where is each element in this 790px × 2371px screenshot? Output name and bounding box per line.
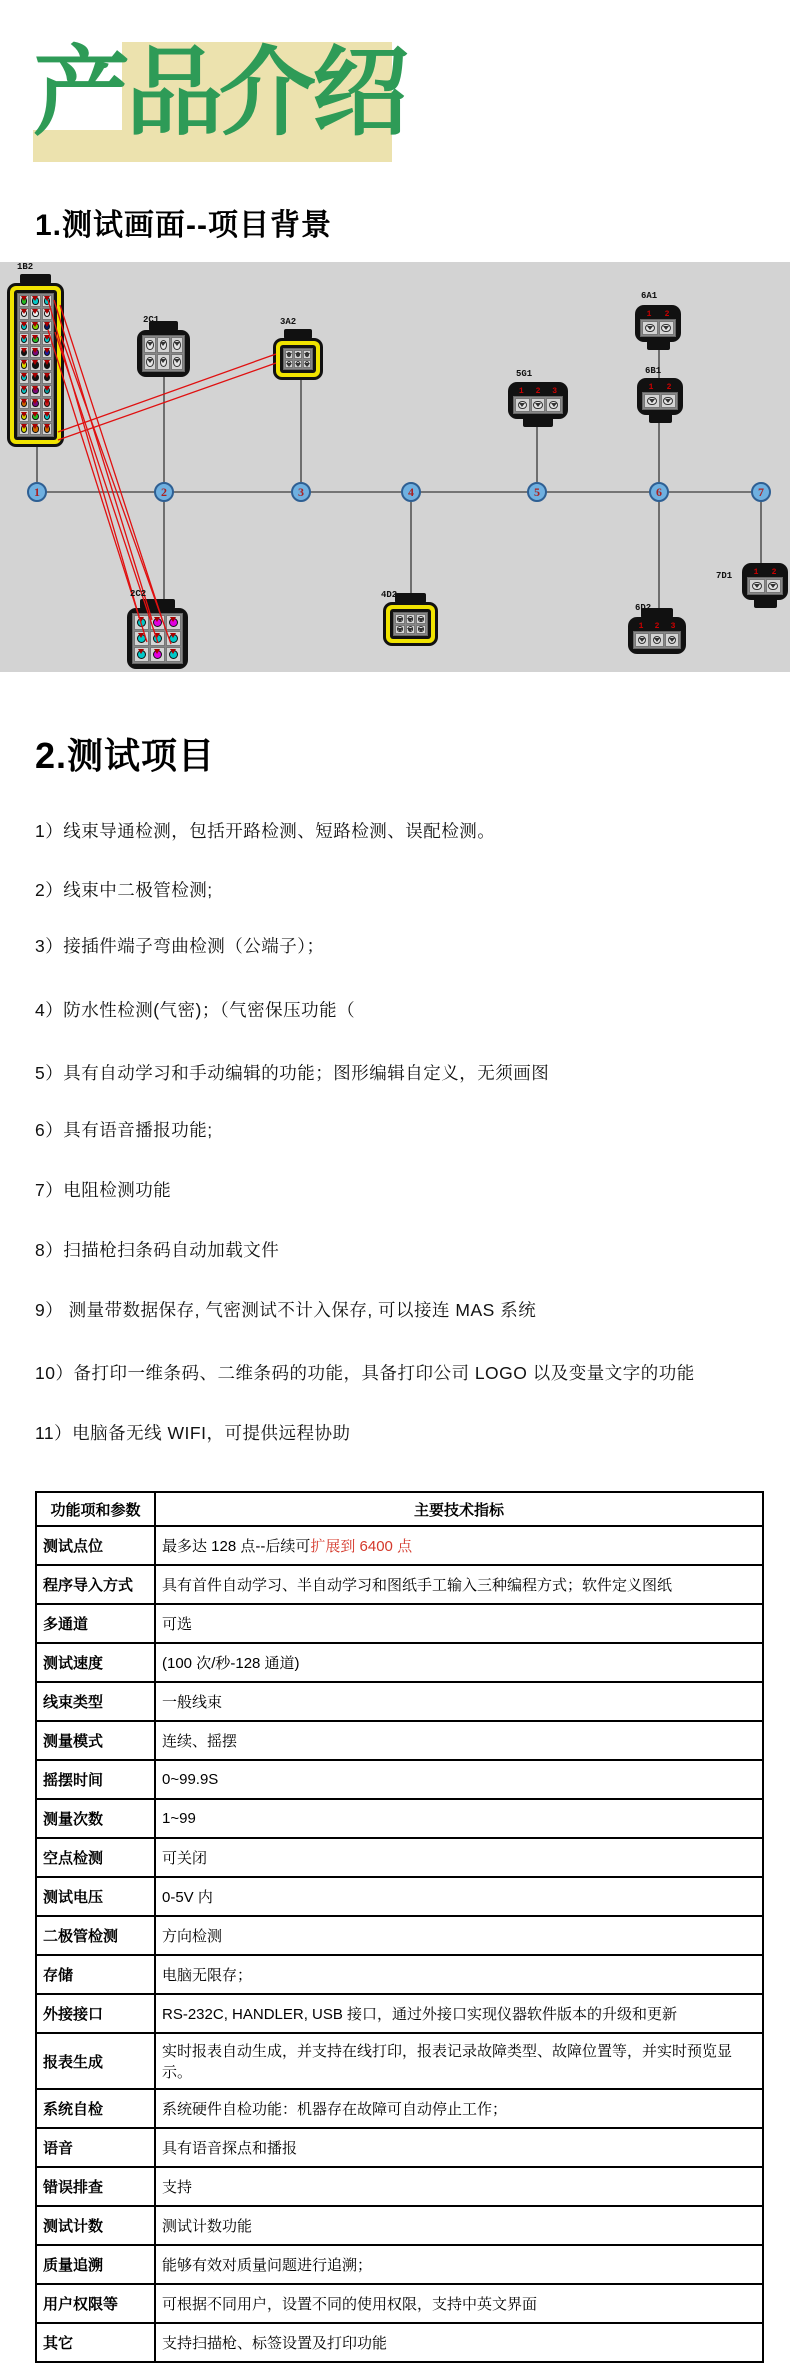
spec-label: 摇摆时间: [36, 1760, 155, 1799]
pin: [32, 413, 38, 420]
pin: [44, 361, 50, 368]
pin-cell: [19, 295, 29, 307]
connector-6B1: 126B1: [637, 378, 683, 415]
spec-row: 语音具有语音探点和播报: [36, 2128, 763, 2167]
pin: [137, 634, 147, 644]
pin: [173, 357, 181, 367]
spec-label: 测试电压: [36, 1877, 155, 1916]
connector-body: 12: [742, 563, 788, 600]
pin-cell: [294, 350, 302, 359]
pin-cell: [30, 346, 40, 358]
connector-1B2: 1B2: [7, 283, 64, 447]
spec-label: 错误排查: [36, 2167, 155, 2206]
connector-label: 4D2: [381, 590, 397, 600]
pin-cell: [19, 385, 29, 397]
connector-core: [140, 333, 187, 374]
spec-value: 连续、摇摆: [155, 1721, 763, 1760]
pin-number: 3: [552, 387, 557, 396]
spec-row: 测试计数测试计数功能: [36, 2206, 763, 2245]
spec-label: 质量追溯: [36, 2245, 155, 2284]
spec-row: 测量模式连续、摇摆: [36, 1721, 763, 1760]
spec-row: 多通道可选: [36, 1604, 763, 1643]
connector-body: [127, 608, 188, 669]
pin: [408, 626, 414, 632]
spec-value: 支持扫描枪、标签设置及打印功能: [155, 2323, 763, 2362]
pin-cell: [406, 625, 416, 635]
pin: [44, 297, 50, 304]
pin: [137, 650, 147, 660]
spec-value: 0-5V 内: [155, 1877, 763, 1916]
pin-cell: [157, 337, 169, 353]
spec-row: 程序导入方式具有首件自动学习、半自动学习和图纸手工输入三种编程方式；软件定义图纸: [36, 1565, 763, 1604]
pin-cell: [659, 321, 675, 335]
pin: [32, 297, 38, 304]
pin-cell: [285, 360, 293, 369]
pin: [137, 618, 147, 628]
connector-core: 123: [511, 385, 565, 416]
pin-number: 2: [667, 383, 672, 392]
pin-cell: [303, 350, 311, 359]
feature-item: 7）电阻检测功能: [35, 1177, 171, 1202]
feature-item: 3）接插件端子弯曲检测（公端子）；: [35, 933, 324, 958]
spec-value: 方向检测: [155, 1916, 763, 1955]
pin-cell: [30, 308, 40, 320]
pin-cell: [42, 333, 52, 345]
pin-cell: [166, 647, 181, 662]
spec-row: 测量次数1~99: [36, 1799, 763, 1838]
pin-cell: [42, 385, 52, 397]
spec-label: 测量次数: [36, 1799, 155, 1838]
feature-item: 9） 测量带数据保存, 气密测试不计入保存, 可以接连 MAS 系统: [35, 1297, 536, 1322]
spec-row: 用户权限等可根据不同用户，设置不同的使用权限，支持中英文界面: [36, 2284, 763, 2323]
spec-value: 支持: [155, 2167, 763, 2206]
pin-cell: [30, 398, 40, 410]
spec-row: 报表生成实时报表自动生成，并支持在线打印，报表记录故障类型、故障位置等，并实时预…: [36, 2033, 763, 2089]
connector-label: 7D1: [716, 571, 732, 581]
pin-cell: [134, 615, 149, 630]
spec-label: 外接接口: [36, 1994, 155, 2033]
pin: [44, 413, 50, 420]
connector-core: [14, 290, 57, 440]
pin: [44, 400, 50, 407]
pin-number: 2: [655, 622, 660, 631]
pin: [21, 297, 27, 304]
spec-label: 测试计数: [36, 2206, 155, 2245]
pin-cell: [150, 631, 165, 646]
spec-value-text: 0-5V 内: [162, 1889, 213, 1906]
pin-cell: [19, 423, 29, 435]
pin-cell: [144, 337, 156, 353]
pin: [647, 397, 657, 406]
pin-number: 1: [639, 622, 644, 631]
spec-label: 语音: [36, 2128, 155, 2167]
spec-label: 程序导入方式: [36, 1565, 155, 1604]
connector-3A2: 3A2: [273, 338, 323, 380]
pin: [418, 616, 424, 622]
pin: [305, 361, 309, 366]
pin-cell: [30, 333, 40, 345]
connector-core: 12: [640, 381, 680, 412]
pin-cell: [150, 615, 165, 630]
pin: [768, 582, 778, 591]
spec-header-row: 功能项和参数 主要技术指标: [36, 1492, 763, 1526]
pin-grid: [393, 612, 428, 636]
pin: [21, 336, 27, 343]
connector-label: 2C2: [130, 589, 146, 599]
connector-7D1: 127D1: [742, 563, 788, 600]
spec-header-value: 主要技术指标: [155, 1492, 763, 1526]
spec-label: 空点检测: [36, 1838, 155, 1877]
pin-cell: [19, 398, 29, 410]
spec-row: 测试电压0-5V 内: [36, 1877, 763, 1916]
connector-label: 2C1: [143, 315, 159, 325]
connector-body: 12: [635, 305, 681, 342]
spec-value-text: 连续、摇摆: [162, 1733, 237, 1750]
pin-cell: [294, 360, 302, 369]
connector-yellow-ring: [10, 286, 61, 444]
pin-numbers: 123: [513, 387, 563, 396]
pin: [21, 374, 27, 381]
pin: [32, 349, 38, 356]
connector-yellow-ring: [276, 341, 320, 377]
section2-heading: 2.测试项目: [35, 728, 215, 779]
spec-value-text: 1~99: [162, 1810, 196, 1827]
spec-value-text: 可选: [162, 1616, 192, 1633]
feature-item: 6）具有语音播报功能;: [35, 1117, 213, 1142]
spec-value: 最多达 128 点--后续可扩展到 6400 点: [155, 1526, 763, 1565]
pin-grid: [642, 392, 678, 410]
pin-grid: [142, 335, 185, 372]
pin: [296, 361, 300, 366]
pin: [668, 636, 677, 645]
pin: [21, 400, 27, 407]
pin: [397, 626, 403, 632]
spec-value-text: 0~99.9S: [162, 1771, 218, 1788]
pin: [153, 618, 163, 628]
pin-grid: [640, 319, 676, 337]
pin-cell: [171, 354, 183, 370]
spec-value: 一般线束: [155, 1682, 763, 1721]
pin: [169, 650, 179, 660]
spec-row: 系统自检系统硬件自检功能：机器存在故障可自动停止工作；: [36, 2089, 763, 2128]
pin-number: 2: [772, 568, 777, 577]
connector-label: 6B1: [645, 366, 661, 376]
pin-cell: [42, 372, 52, 384]
connector-5G1: 1235G1: [508, 382, 568, 419]
bus-node-2: 2: [154, 482, 174, 502]
spec-row: 错误排查支持: [36, 2167, 763, 2206]
pin-number: 2: [665, 310, 670, 319]
spec-value-text: 具有语音探点和播报: [162, 2140, 297, 2157]
pin-cell: [766, 579, 782, 593]
spec-row: 外接接口RS-232C, HANDLER, USB 接口，通过外接口实现仪器软件…: [36, 1994, 763, 2033]
pin: [21, 310, 27, 317]
connector-label: 5G1: [516, 369, 532, 379]
pin: [146, 340, 154, 350]
pin-cell: [19, 308, 29, 320]
pin-cell: [395, 614, 405, 624]
pin: [638, 636, 647, 645]
pin: [32, 387, 38, 394]
pin-cell: [19, 372, 29, 384]
pin-number: 1: [649, 383, 654, 392]
pin: [287, 361, 291, 366]
pin-numbers: 12: [747, 568, 783, 577]
connector-core: [130, 611, 185, 666]
pin: [549, 401, 558, 410]
connector-yellow-ring: [386, 605, 435, 643]
pin: [32, 310, 38, 317]
pin-numbers: 12: [640, 310, 676, 319]
spec-value-text: 扩展到 6400 点: [310, 1538, 412, 1555]
connector-body: 123: [628, 617, 686, 654]
pin-cell: [134, 631, 149, 646]
pin-cell: [406, 614, 416, 624]
spec-value: RS-232C, HANDLER, USB 接口，通过外接口实现仪器软件版本的升…: [155, 1994, 763, 2033]
spec-label: 存储: [36, 1955, 155, 1994]
spec-row: 线束类型一般线束: [36, 1682, 763, 1721]
spec-value: 1~99: [155, 1799, 763, 1838]
pin-cell: [42, 398, 52, 410]
spec-row: 存储电脑无限存；: [36, 1955, 763, 1994]
pin-cell: [157, 354, 169, 370]
spec-label: 测试速度: [36, 1643, 155, 1682]
section1-heading: 1.测试画面--项目背景: [35, 200, 332, 244]
harness-diagram: 1B22C13A21235G1126A1126B1127D11236D24D22…: [0, 262, 790, 672]
pin: [663, 397, 673, 406]
spec-value-text: 可关闭: [162, 1850, 207, 1867]
pin-numbers: 123: [633, 622, 681, 631]
pin: [44, 310, 50, 317]
pin: [44, 425, 50, 432]
pin-cell: [30, 385, 40, 397]
spec-value: 系统硬件自检功能：机器存在故障可自动停止工作；: [155, 2089, 763, 2128]
pin-number: 1: [647, 310, 652, 319]
pin: [32, 361, 38, 368]
spec-label: 系统自检: [36, 2089, 155, 2128]
bus-node-6: 6: [649, 482, 669, 502]
connector-core: [280, 345, 316, 373]
pin-cell: [650, 633, 664, 647]
spec-header-label: 功能项和参数: [36, 1492, 155, 1526]
connector-4D2: 4D2: [383, 602, 438, 646]
pin: [153, 650, 163, 660]
spec-label: 测试点位: [36, 1526, 155, 1565]
connector-body: [273, 338, 323, 380]
pin-cell: [30, 410, 40, 422]
bus-node-7: 7: [751, 482, 771, 502]
pin: [661, 324, 671, 333]
feature-item: 5）具有自动学习和手动编辑的功能；图形编辑自定义，无须画图: [35, 1060, 549, 1085]
spec-value: 具有语音探点和播报: [155, 2128, 763, 2167]
spec-value: 0~99.9S: [155, 1760, 763, 1799]
pin-cell: [531, 398, 546, 412]
connector-body: [137, 330, 190, 377]
pin: [173, 340, 181, 350]
spec-value-text: 能够有效对质量问题进行追溯；: [162, 2257, 372, 2274]
spec-value: 实时报表自动生成，并支持在线打印，报表记录故障类型、故障位置等，并实时预览显示。: [155, 2033, 763, 2089]
pin-cell: [19, 333, 29, 345]
pin-number: 1: [519, 387, 524, 396]
pin: [44, 387, 50, 394]
pin: [21, 361, 27, 368]
pin-cell: [395, 625, 405, 635]
spec-row: 空点检测可关闭: [36, 1838, 763, 1877]
spec-value-text: (100 次/秒-128 通道): [162, 1655, 300, 1672]
pin: [32, 400, 38, 407]
spec-label: 测量模式: [36, 1721, 155, 1760]
pin-cell: [515, 398, 530, 412]
pin-cell: [19, 321, 29, 333]
pin-cell: [134, 647, 149, 662]
pin: [21, 349, 27, 356]
page-title: 产品介绍: [33, 44, 405, 141]
pin-cell: [30, 423, 40, 435]
spec-value: 具有首件自动学习、半自动学习和图纸手工输入三种编程方式；软件定义图纸: [155, 1565, 763, 1604]
pin: [44, 323, 50, 330]
spec-label: 其它: [36, 2323, 155, 2362]
pin: [21, 387, 27, 394]
pin: [160, 340, 168, 350]
pin: [296, 352, 300, 357]
pin-cell: [42, 308, 52, 320]
connector-core: [390, 609, 431, 639]
spec-row: 质量追溯能够有效对质量问题进行追溯；: [36, 2245, 763, 2284]
pin: [397, 616, 403, 622]
spec-value: 能够有效对质量问题进行追溯；: [155, 2245, 763, 2284]
pin: [752, 582, 762, 591]
connector-core: 123: [631, 620, 683, 651]
pin: [653, 636, 662, 645]
pin-number: 3: [671, 622, 676, 631]
spec-value-text: 实时报表自动生成，并支持在线打印，报表记录故障类型、故障位置等，并实时预览显示。: [162, 2043, 732, 2081]
pin: [418, 626, 424, 632]
feature-item: 1）线束导通检测，包括开路检测、短路检测、误配检测。: [35, 818, 495, 843]
pin-grid: [283, 348, 313, 370]
pin-cell: [665, 633, 679, 647]
pin: [645, 324, 655, 333]
spec-value: 测试计数功能: [155, 2206, 763, 2245]
spec-value-text: 具有首件自动学习、半自动学习和图纸手工输入三种编程方式；软件定义图纸: [162, 1577, 672, 1594]
connector-core: 12: [638, 308, 678, 339]
pin-cell: [42, 410, 52, 422]
feature-item: 4）防水性检测(气密)；（气密保压功能（: [35, 997, 355, 1022]
pin: [21, 425, 27, 432]
pin-cell: [303, 360, 311, 369]
pin-cell: [635, 633, 649, 647]
spec-label: 二极管检测: [36, 1916, 155, 1955]
spec-value-text: 电脑无限存；: [162, 1967, 252, 1984]
connector-label: 1B2: [17, 262, 33, 272]
pin: [32, 323, 38, 330]
pin-cell: [171, 337, 183, 353]
spec-value: 可关闭: [155, 1838, 763, 1877]
pin-cell: [661, 394, 677, 408]
bus-node-3: 3: [291, 482, 311, 502]
spec-label: 报表生成: [36, 2033, 155, 2089]
pin: [21, 323, 27, 330]
product-intro-page: 产品介绍 1.测试画面--项目背景 1B22C13A21235G1126A112…: [0, 0, 790, 2371]
connector-body: 123: [508, 382, 568, 419]
pin: [533, 401, 542, 410]
pin-number: 2: [536, 387, 541, 396]
pin-grid: [132, 613, 183, 664]
pin-cell: [42, 295, 52, 307]
connector-label: 6A1: [641, 291, 657, 301]
connector-2C1: 2C1: [137, 330, 190, 377]
spec-label: 多通道: [36, 1604, 155, 1643]
connector-body: [383, 602, 438, 646]
connector-body: [7, 283, 64, 447]
feature-item: 10）备打印一维条码、二维条码的功能，具备打印公司 LOGO 以及变量文字的功能: [35, 1360, 695, 1385]
pin-numbers: 12: [642, 383, 678, 392]
connector-6D2: 1236D2: [628, 617, 686, 654]
pin-cell: [30, 372, 40, 384]
spec-table: 功能项和参数 主要技术指标 测试点位最多达 128 点--后续可扩展到 6400…: [35, 1491, 764, 2363]
pin: [21, 413, 27, 420]
spec-value-text: 系统硬件自检功能：机器存在故障可自动停止工作；: [162, 2101, 507, 2118]
spec-value-text: 一般线束: [162, 1694, 222, 1711]
connector-6A1: 126A1: [635, 305, 681, 342]
pin-cell: [644, 394, 660, 408]
spec-value-text: 支持: [162, 2179, 192, 2196]
pin-cell: [42, 346, 52, 358]
pin: [32, 336, 38, 343]
spec-row: 摇摆时间0~99.9S: [36, 1760, 763, 1799]
spec-value-text: 可根据不同用户，设置不同的使用权限，支持中英文界面: [162, 2296, 537, 2313]
pin-cell: [144, 354, 156, 370]
pin-cell: [42, 321, 52, 333]
pin-cell: [642, 321, 658, 335]
pin: [32, 425, 38, 432]
spec-row: 测试点位最多达 128 点--后续可扩展到 6400 点: [36, 1526, 763, 1565]
pin-grid: [513, 396, 563, 414]
feature-item: 11）电脑备无线 WIFI，可提供远程协助: [35, 1420, 350, 1445]
pin-number: 1: [754, 568, 759, 577]
pin: [287, 352, 291, 357]
pin: [169, 618, 179, 628]
spec-value: 可选: [155, 1604, 763, 1643]
spec-value-text: RS-232C, HANDLER, USB 接口，通过外接口实现仪器软件版本的升…: [162, 2006, 677, 2023]
pin: [153, 634, 163, 644]
pin-cell: [285, 350, 293, 359]
pin-cell: [30, 295, 40, 307]
connector-2C2: 2C2: [127, 608, 188, 669]
spec-value-text: 测试计数功能: [162, 2218, 252, 2235]
pin-cell: [19, 410, 29, 422]
pin: [146, 357, 154, 367]
connector-label: 6D2: [635, 603, 651, 613]
pin-cell: [416, 614, 426, 624]
pin: [44, 349, 50, 356]
pin: [44, 336, 50, 343]
spec-label: 用户权限等: [36, 2284, 155, 2323]
pin-cell: [42, 423, 52, 435]
spec-value-text: 方向检测: [162, 1928, 222, 1945]
connector-core: 12: [745, 566, 785, 597]
connector-body: 12: [637, 378, 683, 415]
pin-cell: [150, 647, 165, 662]
pin: [408, 616, 414, 622]
pin-grid: [17, 293, 54, 437]
pin: [44, 374, 50, 381]
pin-cell: [416, 625, 426, 635]
pin: [518, 401, 527, 410]
pin: [305, 352, 309, 357]
spec-value: 电脑无限存；: [155, 1955, 763, 1994]
feature-item: 2）线束中二极管检测;: [35, 877, 213, 902]
spec-value-text: 支持扫描枪、标签设置及打印功能: [162, 2335, 387, 2352]
